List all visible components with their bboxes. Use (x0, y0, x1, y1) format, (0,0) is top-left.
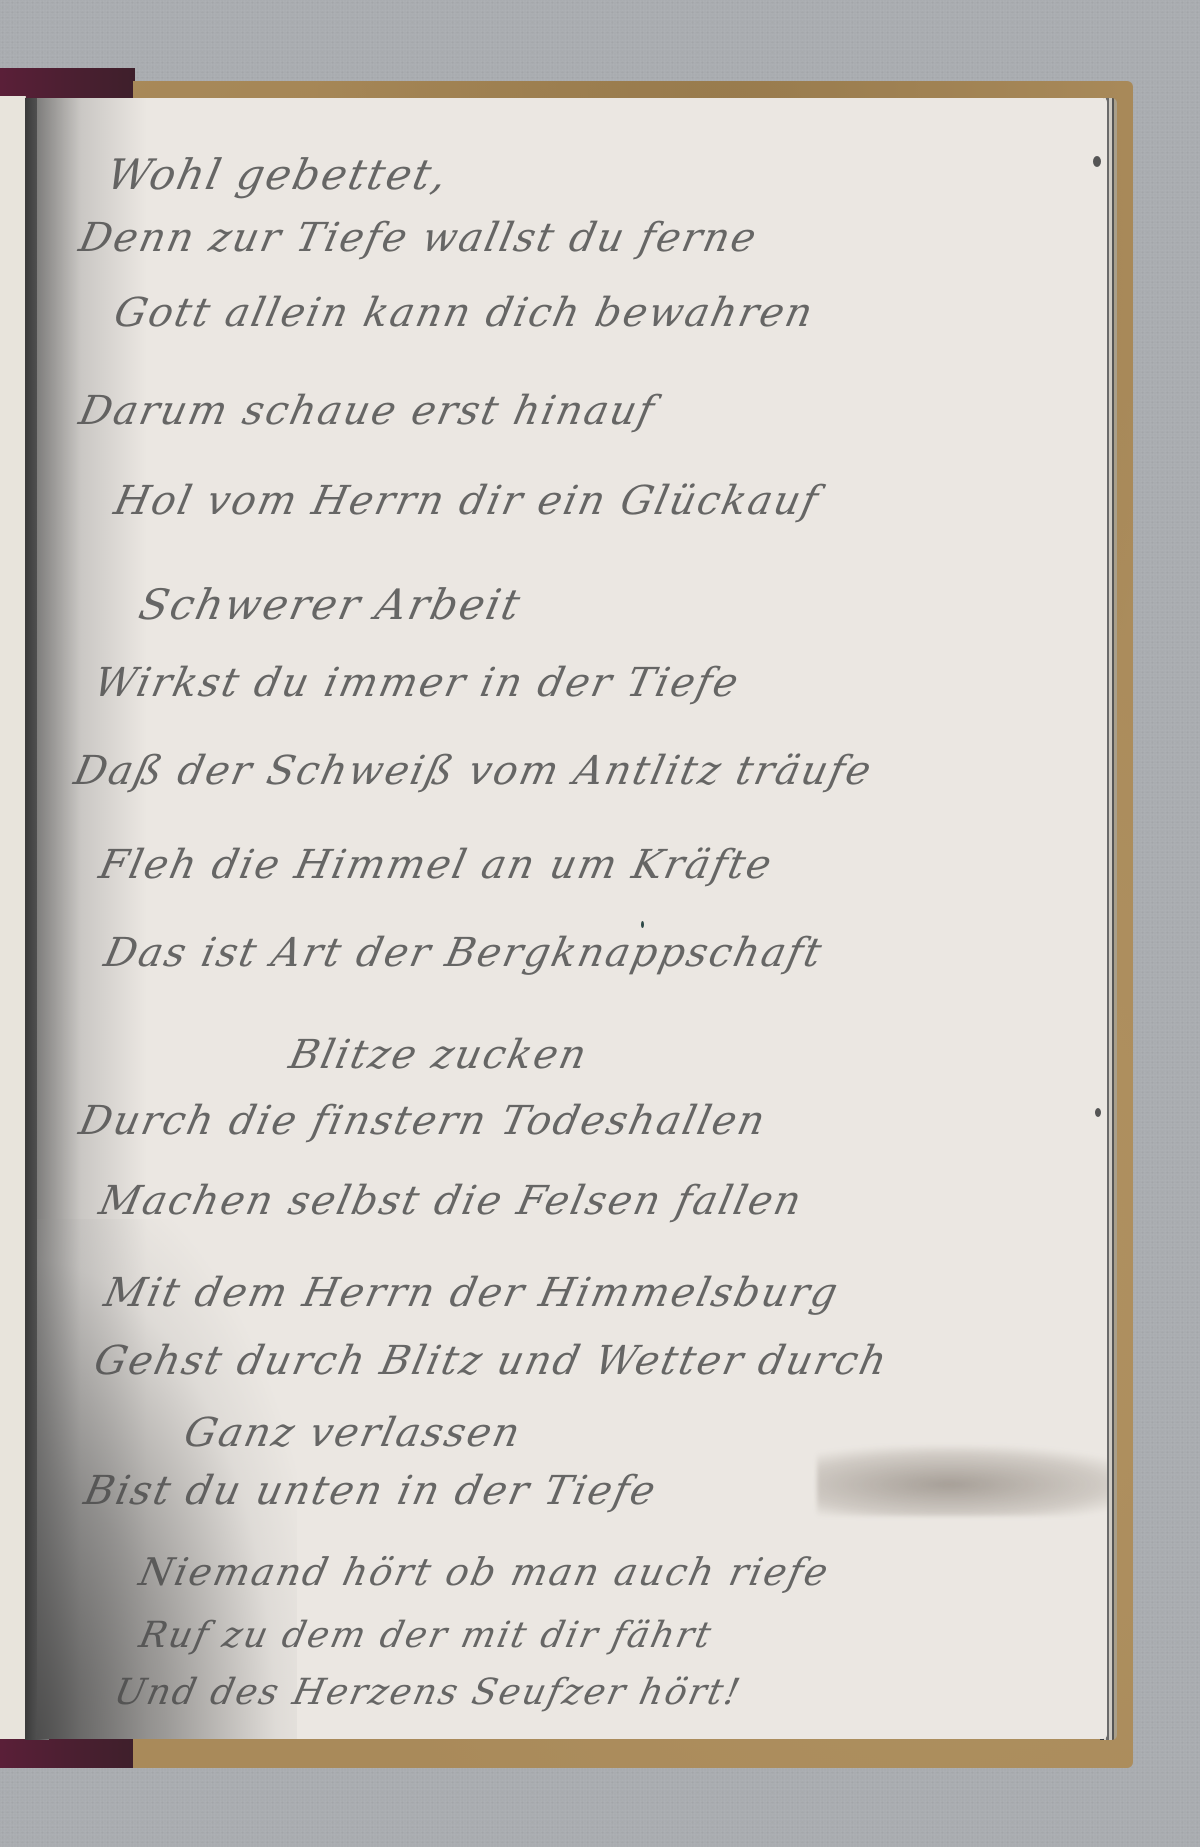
poem-line: Denn zur Tiefe wallst du ferne (75, 215, 762, 261)
poem-line: Niemand hört ob man auch riefe (135, 1550, 834, 1594)
poem-line: Daß der Schweiß vom Antlitz träufe (70, 748, 877, 794)
poem-line: Bist du unten in der Tiefe (80, 1468, 661, 1514)
poem-line: Hol vom Herrn dir ein Glückauf (110, 478, 824, 524)
ink-spot (641, 921, 644, 928)
poem-line: Blitze zucken (285, 1032, 592, 1078)
poem-line: Mit dem Herrn der Himmelsburg (100, 1270, 843, 1316)
poem-line: Ganz verlassen (180, 1410, 526, 1456)
ink-spot (1093, 156, 1101, 167)
poem-line: Das ist Art der Bergknappschaft (100, 930, 827, 976)
poem-line: Durch die finstern Todeshallen (75, 1098, 771, 1144)
poem-line: Wohl gebettet, (103, 150, 453, 199)
poem-line: Gehst durch Blitz und Wetter durch (90, 1338, 892, 1384)
poem-line: Schwerer Arbeit (135, 580, 526, 629)
poem-line: Wirkst du immer in der Tiefe (90, 660, 744, 706)
poem-line: Darum schaue erst hinauf (75, 388, 660, 434)
ink-spot (1095, 1108, 1101, 1117)
poem-line: Gott allein kann dich bewahren (110, 290, 818, 336)
manuscript-page: Wohl gebettet,Denn zur Tiefe wallst du f… (37, 98, 1107, 1739)
poem-line: Machen selbst die Felsen fallen (95, 1178, 807, 1224)
poem-line: Ruf zu dem der mit dir fährt (136, 1615, 717, 1656)
poem-line: Und des Herzens Seufzer hört! (111, 1672, 746, 1713)
poem-line: Fleh die Himmel an um Kräfte (95, 842, 777, 888)
facing-page-edge (0, 96, 26, 1739)
ink-smudge (817, 1446, 1107, 1516)
